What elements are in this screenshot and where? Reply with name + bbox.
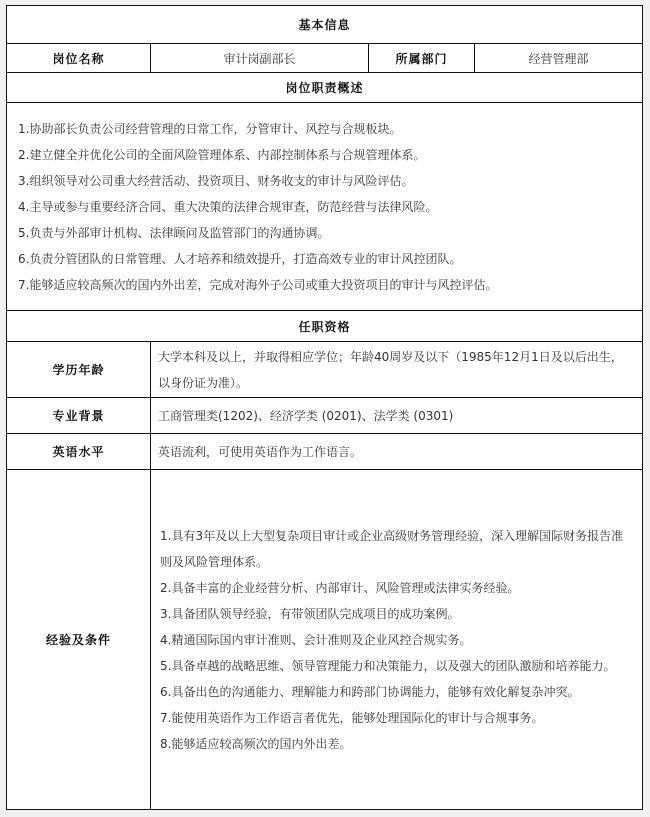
education-age-value: 大学本科及以上，并取得相应学位；年龄40周岁及以下（1985年12月1日及以后出…: [151, 342, 643, 398]
duty-item: 1.协助部长负责公司经营管理的日常工作，分管审计、风控与合规板块。: [18, 116, 634, 142]
qualification-row: 英语水平 英语流利，可使用英语作为工作语言。: [7, 434, 643, 470]
english-label: 英语水平: [7, 434, 151, 470]
duty-item: 3.组织领导对公司重大经营活动、投资项目、财务收支的审计与风险评估。: [18, 168, 634, 194]
experience-item: 8.能够适应较高频次的国内外出差。: [160, 731, 632, 757]
duty-item: 7.能够适应较高频次的国内外出差，完成对海外子公司或重大投资项目的审计与风控评估…: [18, 272, 634, 298]
experience-item: 6.具备出色的沟通能力、理解能力和跨部门协调能力，能够有效化解复杂冲突。: [160, 679, 632, 705]
department-label: 所属部门: [369, 44, 475, 73]
qualifications-header: 任职资格: [7, 311, 643, 342]
position-name-value: 审计岗副部长: [151, 44, 369, 73]
experience-item: 1.具有3年及以上大型复杂项目审计或企业高级财务管理经验，深入理解国际财务报告准…: [160, 523, 632, 575]
job-description-table: 基本信息 岗位名称 审计岗副部长 所属部门 经营管理部 岗位职责概述 1.协助部…: [6, 5, 643, 810]
experience-item: 3.具备团队领导经验，有带领团队完成项目的成功案例。: [160, 601, 632, 627]
basic-info-row: 岗位名称 审计岗副部长 所属部门 经营管理部: [7, 44, 643, 73]
english-value: 英语流利，可使用英语作为工作语言。: [151, 434, 643, 470]
experience-label: 经验及条件: [7, 470, 151, 810]
experience-list: 1.具有3年及以上大型复杂项目审计或企业高级财务管理经验，深入理解国际财务报告准…: [151, 470, 643, 810]
experience-item: 5.具备卓越的战略思维、领导管理能力和决策能力，以及强大的团队激励和培养能力。: [160, 653, 632, 679]
major-value: 工商管理类(1202)、经济学类 (0201)、法学类 (0301): [151, 398, 643, 434]
duty-item: 6.负责分管团队的日常管理、人才培养和绩效提升，打造高效专业的审计风控团队。: [18, 246, 634, 272]
qualification-row: 经验及条件 1.具有3年及以上大型复杂项目审计或企业高级财务管理经验，深入理解国…: [7, 470, 643, 810]
position-name-label: 岗位名称: [7, 44, 151, 73]
duty-item: 2.建立健全并优化公司的全面风险管理体系、内部控制体系与合规管理体系。: [18, 142, 634, 168]
qualification-row: 学历年龄 大学本科及以上，并取得相应学位；年龄40周岁及以下（1985年12月1…: [7, 342, 643, 398]
section-header-row: 任职资格: [7, 311, 643, 342]
duties-overview-header: 岗位职责概述: [7, 73, 643, 103]
job-description-sheet: 基本信息 岗位名称 审计岗副部长 所属部门 经营管理部 岗位职责概述 1.协助部…: [6, 5, 642, 810]
education-age-label: 学历年龄: [7, 342, 151, 398]
major-label: 专业背景: [7, 398, 151, 434]
section-header-row: 岗位职责概述: [7, 73, 643, 103]
basic-info-header: 基本信息: [7, 6, 643, 44]
duty-item: 5.负责与外部审计机构、法律顾问及监管部门的沟通协调。: [18, 220, 634, 246]
duties-list: 1.协助部长负责公司经营管理的日常工作，分管审计、风控与合规板块。 2.建立健全…: [7, 103, 643, 311]
qualification-row: 专业背景 工商管理类(1202)、经济学类 (0201)、法学类 (0301): [7, 398, 643, 434]
experience-item: 4.精通国际国内审计准则、会计准则及企业风控合规实务。: [160, 627, 632, 653]
duty-item: 4.主导或参与重要经济合同、重大决策的法律合规审查，防范经营与法律风险。: [18, 194, 634, 220]
department-value: 经营管理部: [475, 44, 643, 73]
experience-item: 2.具备丰富的企业经营分析、内部审计、风险管理或法律实务经验。: [160, 575, 632, 601]
duties-row: 1.协助部长负责公司经营管理的日常工作，分管审计、风控与合规板块。 2.建立健全…: [7, 103, 643, 311]
experience-item: 7.能使用英语作为工作语言者优先，能够处理国际化的审计与合规事务。: [160, 705, 632, 731]
section-header-row: 基本信息: [7, 6, 643, 44]
